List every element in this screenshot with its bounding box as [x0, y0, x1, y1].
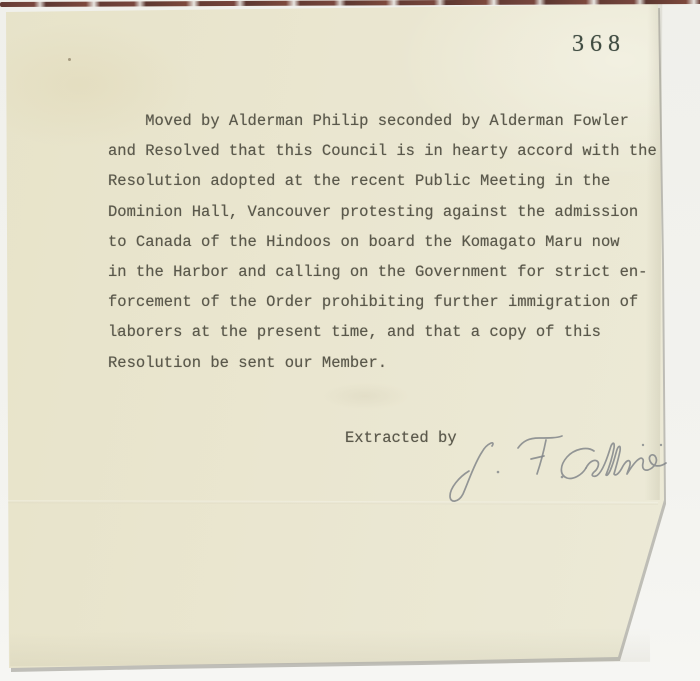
scanned-document-page: 368 Moved by Alderman Philip seconded by… — [0, 0, 700, 681]
signature-handwriting — [440, 430, 675, 508]
page-number: 368 — [572, 31, 626, 58]
paper-smudge — [320, 382, 410, 410]
foxing-speck — [68, 58, 71, 61]
resolution-body-text: Moved by Alderman Philip seconded by Ald… — [108, 106, 668, 378]
paper-edge-shading-bottom — [10, 628, 650, 666]
